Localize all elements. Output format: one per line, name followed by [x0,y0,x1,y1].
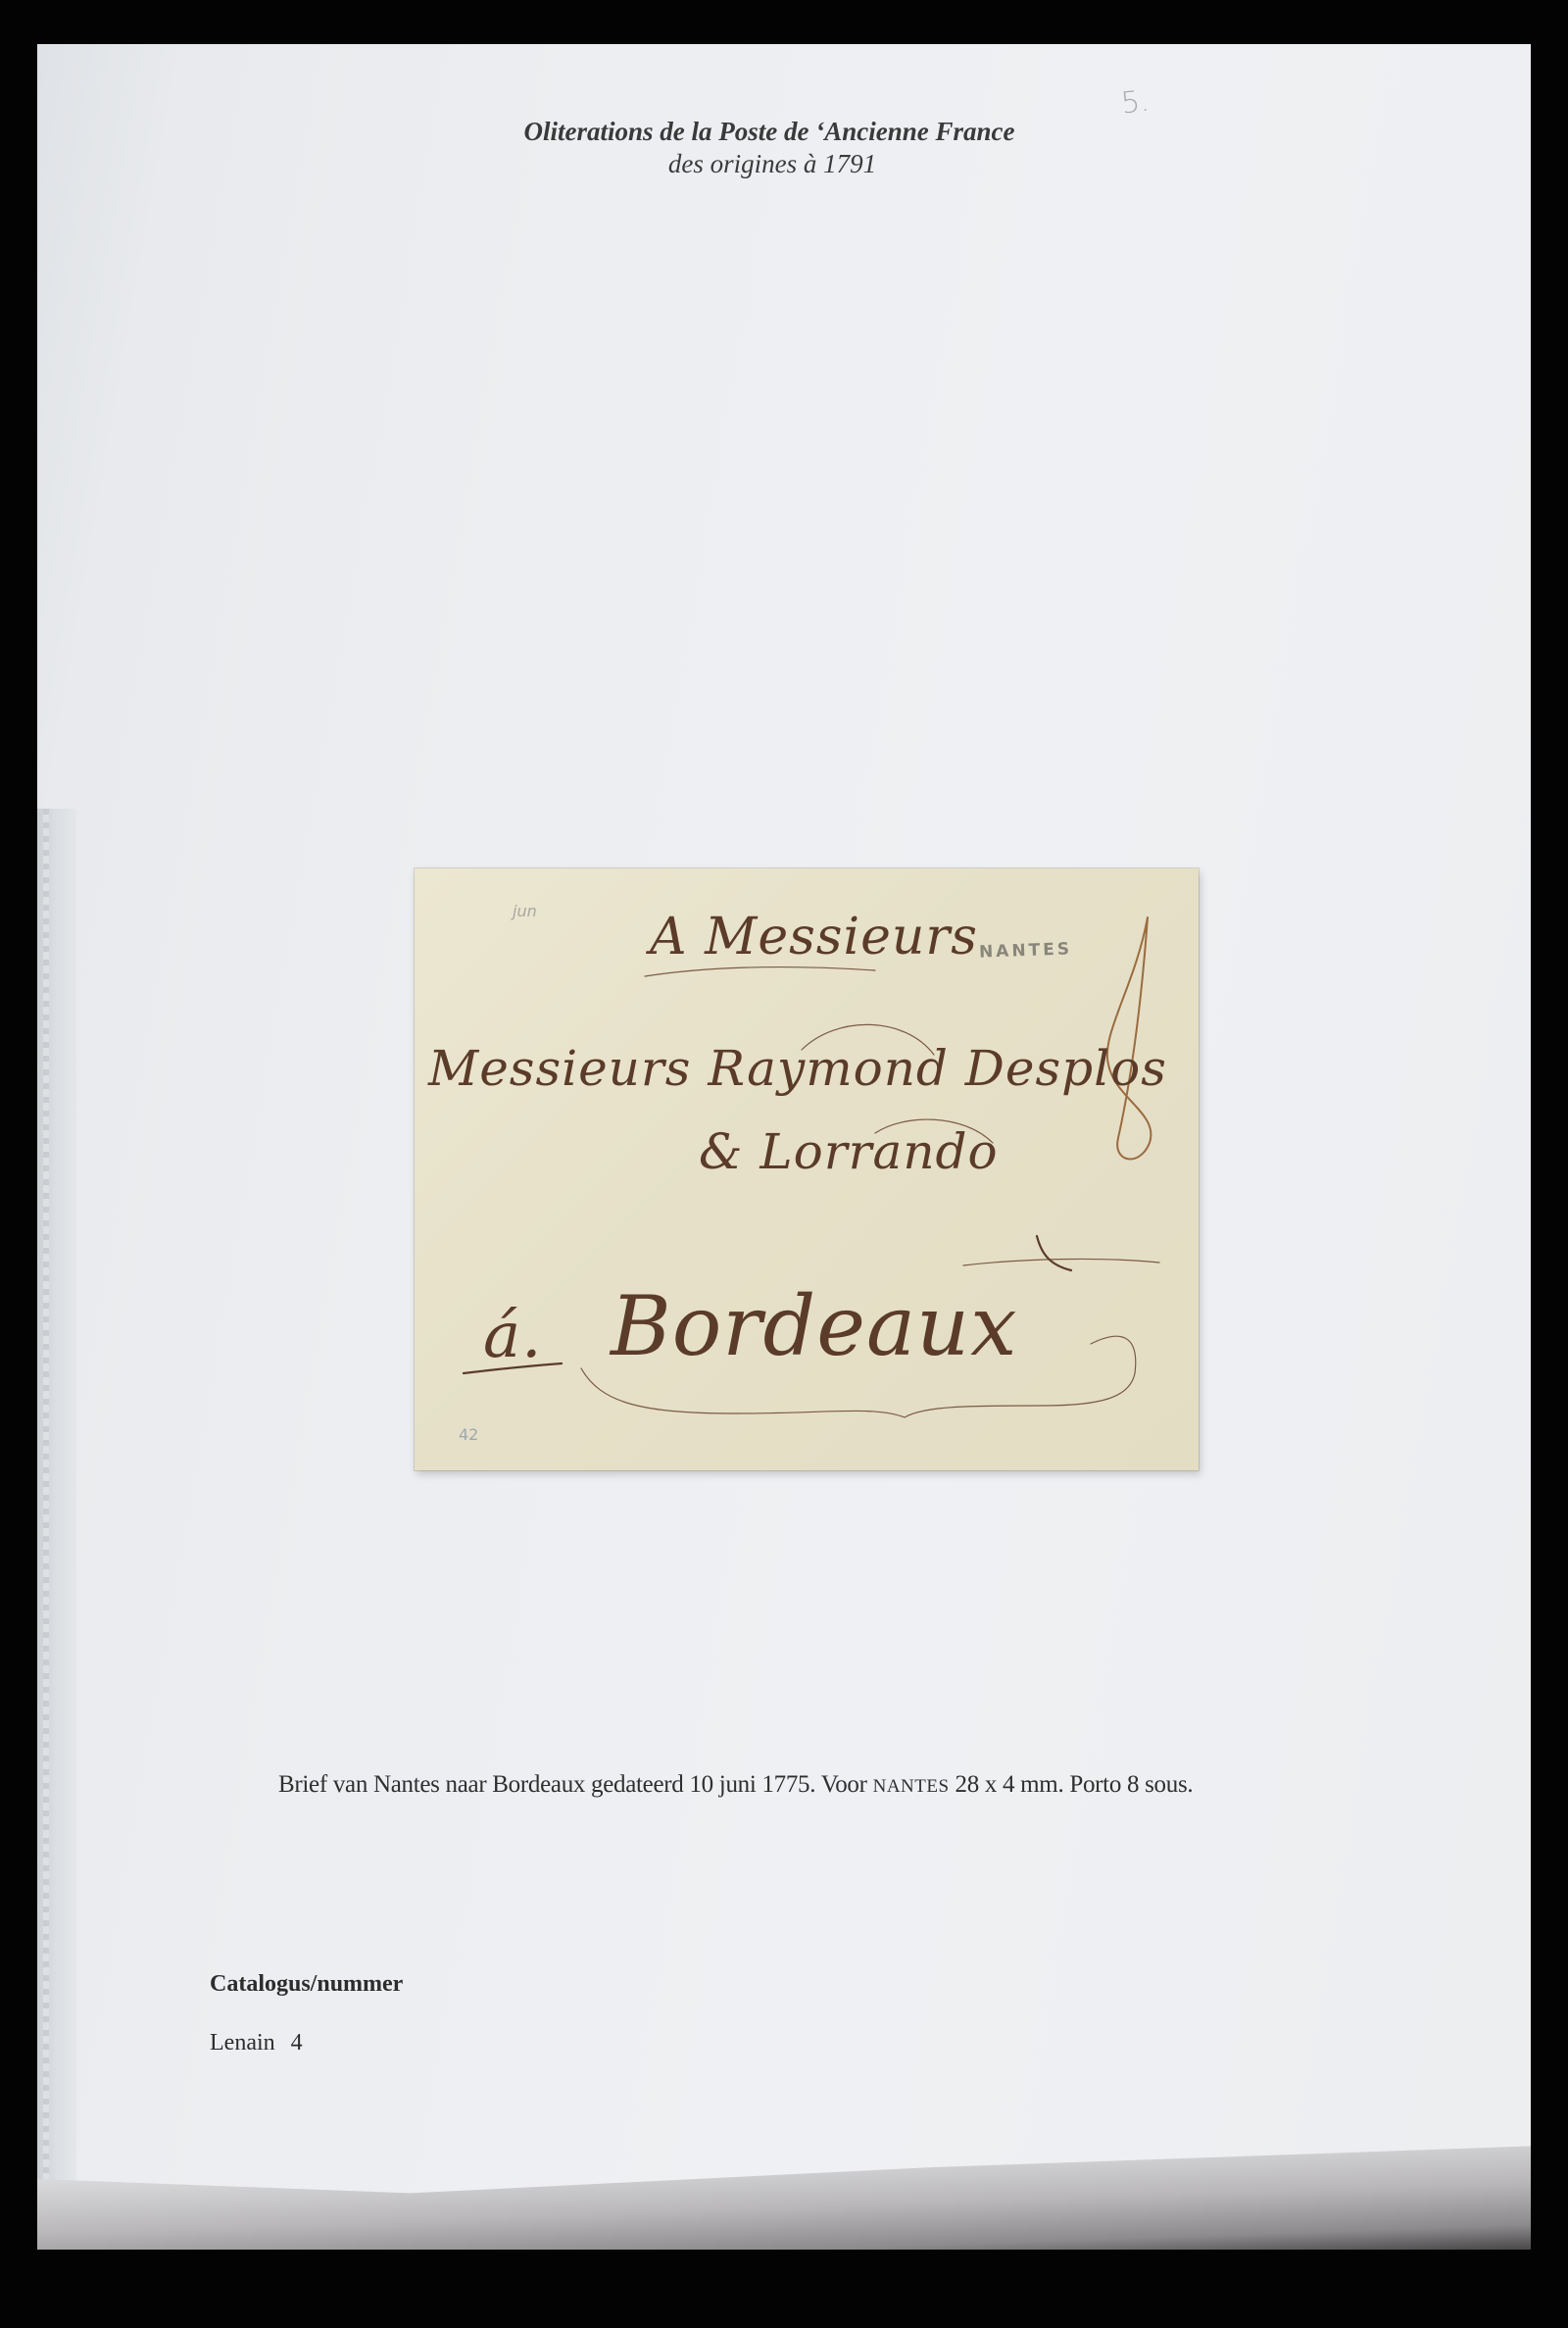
catalog-reference: Lenain4 [210,2030,303,2056]
catalog-reference-number: 4 [291,2030,303,2056]
sheet-protector-binder-strip [37,809,76,2201]
pencil-note-top: jun [513,902,537,920]
letter-caption: Brief van Nantes naar Bordeaux gedateerd… [278,1771,1193,1799]
sheet-protector-bottom-fold [37,2132,1531,2250]
catalog-label: Catalogus/nummer [210,1971,403,1998]
rate-mark-stroke [1107,917,1151,1159]
address-line-3: & Lorrando [699,1123,999,1180]
entire-letter-cover: jun A Messieurs NANTES Messieurs Raymond… [415,868,1199,1470]
pencil-note-number: 42 [459,1425,478,1444]
address-destination-city: Bordeaux [611,1278,1018,1374]
address-line-1: A Messieurs [650,908,978,966]
page-subtitle: des origines à 1791 [14,148,1531,179]
nantes-postmark: NANTES [979,939,1073,962]
address-destination-prefix: á. [483,1300,543,1372]
page-title: Oliterations de la Poste de ‘Ancienne Fr… [8,115,1531,148]
album-page: Oliterations de la Poste de ‘Ancienne Fr… [37,44,1531,2250]
address-line-2: Messieurs Raymond Desplos [428,1040,1167,1097]
caption-text-2: 28 x 4 mm. Porto 8 sous. [950,1771,1194,1798]
caption-text-1: Brief van Nantes naar Bordeaux gedateerd… [278,1771,873,1798]
page-header: Oliterations de la Poste de ‘Ancienne Fr… [37,115,1531,179]
pencil-page-mark: 5. [1119,84,1151,122]
catalog-reference-name: Lenain [210,2030,275,2056]
caption-postmark-name: NANTES [873,1776,950,1797]
